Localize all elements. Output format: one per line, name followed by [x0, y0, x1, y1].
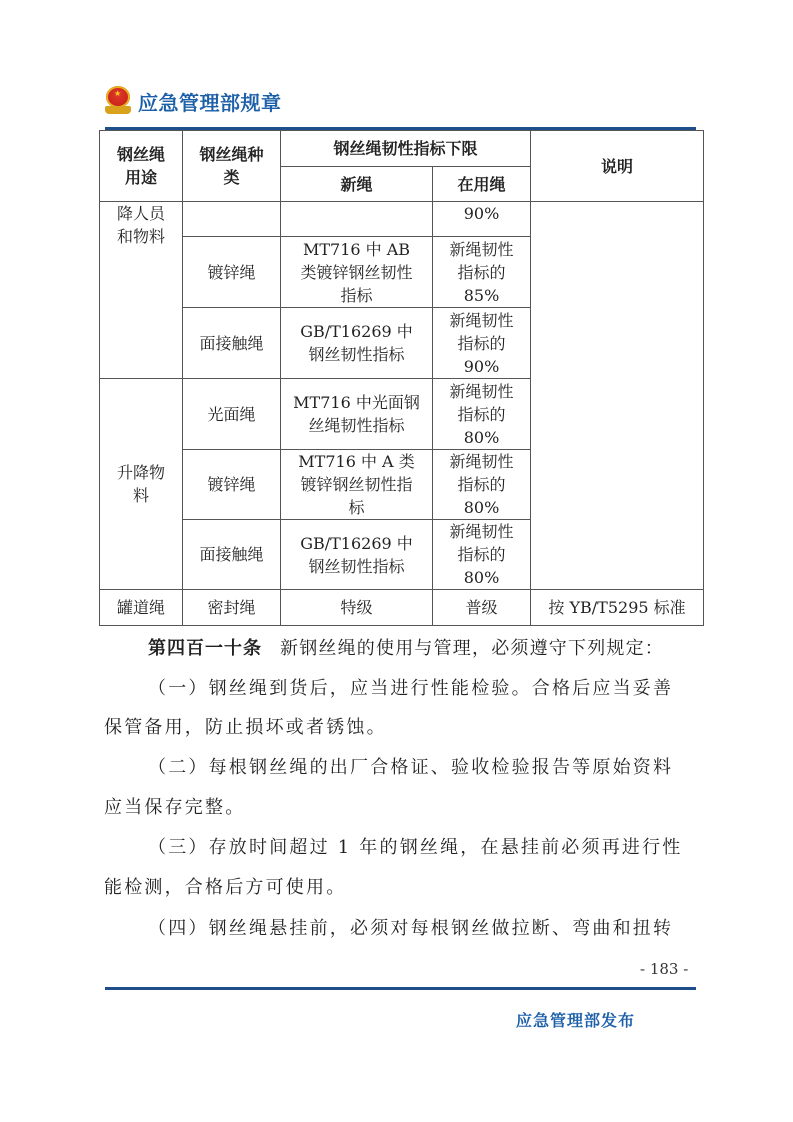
- cell-in-use-rope: 新绳韧性指标的80%: [433, 450, 531, 520]
- national-emblem-icon: ★: [104, 86, 132, 116]
- cell-usage: 升降物料: [100, 379, 183, 590]
- cell-note: 按 YB/T5295 标准: [531, 590, 704, 626]
- cell-in-use-rope: 普级: [433, 590, 531, 626]
- col-header-in-use-rope: 在用绳: [433, 167, 531, 202]
- cell-new-rope: 特级: [281, 590, 433, 626]
- cell-new-rope: MT716 中 A 类镀锌钢丝韧性指标: [281, 450, 433, 520]
- cell-type: 密封绳: [183, 590, 281, 626]
- cell-usage: 降人员和物料: [100, 202, 183, 379]
- page-header: ★ 应急管理部规章: [104, 84, 282, 118]
- cell-new-rope: MT716 中 AB 类镀锌钢丝韧性指标: [281, 237, 433, 308]
- cell-in-use-rope: 新绳韧性指标的90%: [433, 308, 531, 379]
- rope-toughness-table: 钢丝绳 用途 钢丝绳种 类 钢丝绳韧性指标下限 说明 新绳 在用绳 降人员和物料…: [99, 130, 704, 626]
- article-item-2-line-1: （二）每根钢丝绳的出厂合格证、验收检验报告等原始资料: [148, 756, 748, 780]
- col-header-usage: 钢丝绳 用途: [100, 131, 183, 202]
- cell-usage: 罐道绳: [100, 590, 183, 626]
- article-item-3-line-1: （三）存放时间超过 1 年的钢丝绳，在悬挂前必须再进行性: [148, 836, 748, 860]
- cell-type: 光面绳: [183, 379, 281, 450]
- page-number: - 183 -: [640, 960, 688, 978]
- cell-type: 面接触绳: [183, 308, 281, 379]
- cell-type: [183, 202, 281, 237]
- article-item-1-line-2: 保管备用，防止损坏或者锈蚀。: [104, 716, 704, 740]
- footer-publisher: 应急管理部发布: [516, 1008, 635, 1031]
- cell-note: [531, 202, 704, 590]
- header-title: 应急管理部规章: [138, 87, 282, 116]
- cell-in-use-rope: 新绳韧性指标的80%: [433, 379, 531, 450]
- cell-type: 镀锌绳: [183, 237, 281, 308]
- cell-in-use-rope: 新绳韧性指标的80%: [433, 520, 531, 590]
- article-intro: 新钢丝绳的使用与管理，必须遵守下列规定：: [280, 638, 664, 659]
- table-row: 降人员和物料 90%: [100, 202, 704, 237]
- cell-new-rope: GB/T16269 中钢丝韧性指标: [281, 308, 433, 379]
- table-row: 罐道绳 密封绳 特级 普级 按 YB/T5295 标准: [100, 590, 704, 626]
- cell-new-rope: [281, 202, 433, 237]
- article-item-1-line-1: （一）钢丝绳到货后，应当进行性能检验。合格后应当妥善: [148, 677, 748, 701]
- cell-in-use-rope: 90%: [433, 202, 531, 237]
- cell-in-use-rope: 新绳韧性指标的85%: [433, 237, 531, 308]
- cell-type: 镀锌绳: [183, 450, 281, 520]
- col-header-new-rope: 新绳: [281, 167, 433, 202]
- col-header-type: 钢丝绳种 类: [183, 131, 281, 202]
- article-item-2-line-2: 应当保存完整。: [104, 796, 704, 820]
- article-item-4-line-1: （四）钢丝绳悬挂前，必须对每根钢丝做拉断、弯曲和扭转: [148, 917, 748, 941]
- cell-new-rope: MT716 中光面钢丝绳韧性指标: [281, 379, 433, 450]
- cell-new-rope: GB/T16269 中钢丝韧性指标: [281, 520, 433, 590]
- col-header-limit-group: 钢丝绳韧性指标下限: [281, 131, 531, 167]
- cell-type: 面接触绳: [183, 520, 281, 590]
- article-heading: 第四百一十条新钢丝绳的使用与管理，必须遵守下列规定：: [148, 637, 748, 661]
- article-number: 第四百一十条: [148, 638, 262, 659]
- footer-divider: [105, 987, 696, 990]
- article-item-3-line-2: 能检测，合格后方可使用。: [104, 876, 704, 900]
- col-header-note: 说明: [531, 131, 704, 202]
